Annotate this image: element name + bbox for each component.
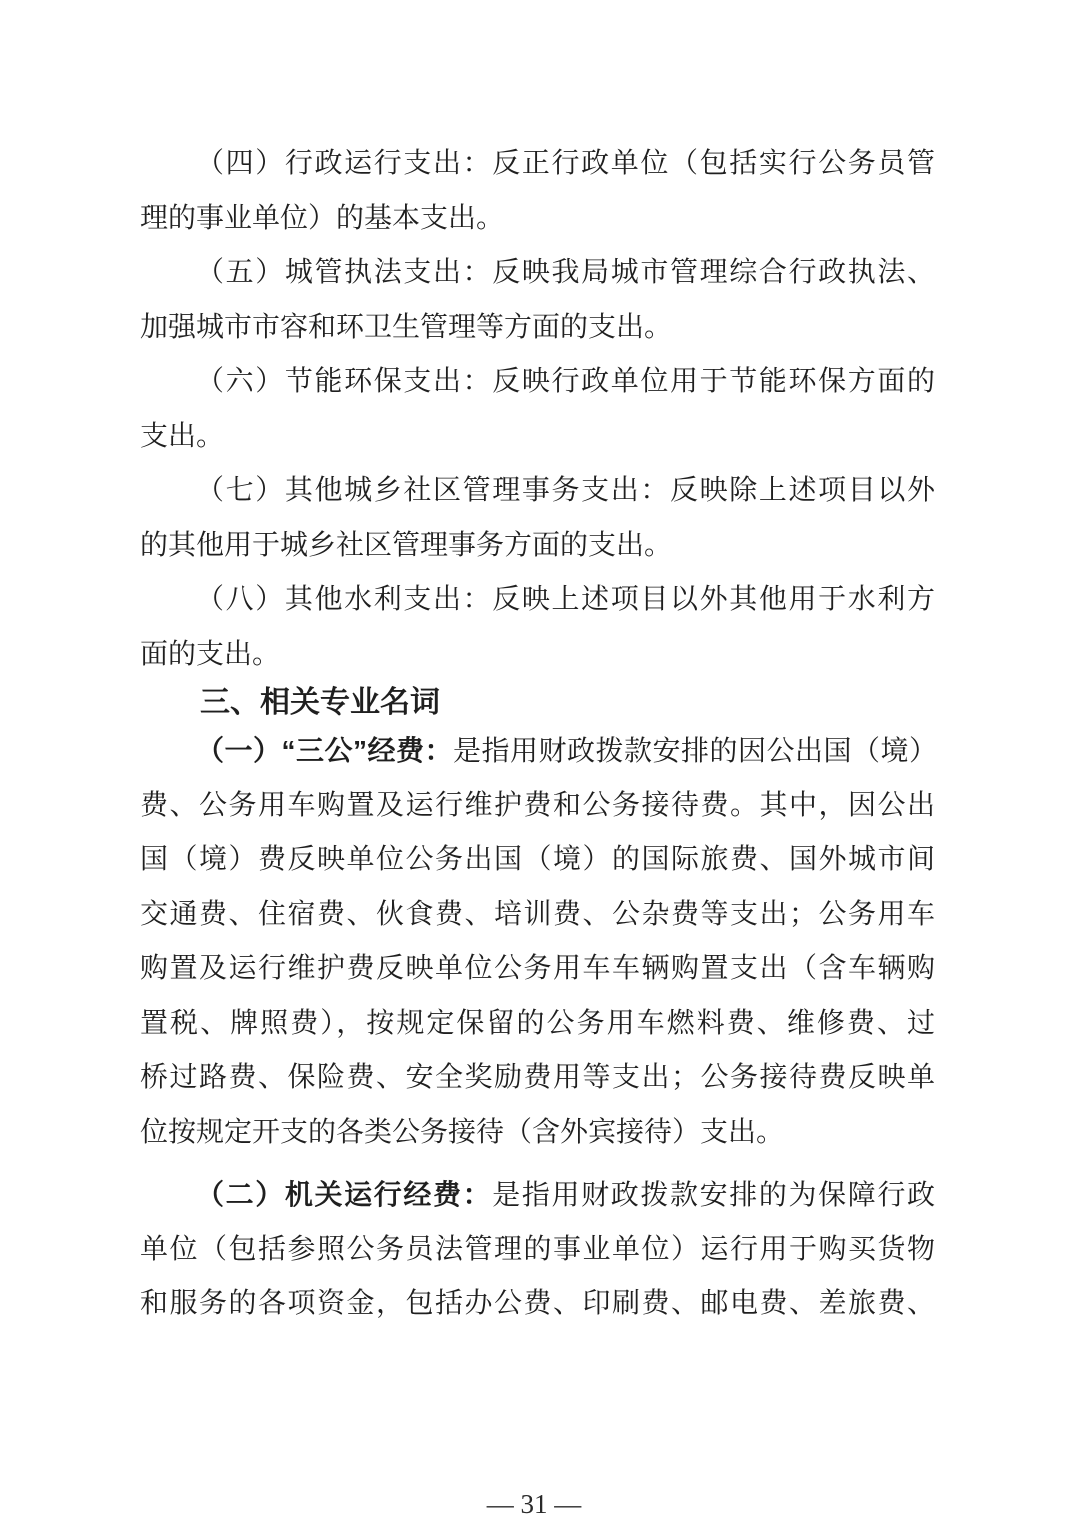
text-line: （二）机关运行经费：是指用财政拨款安排的为保障行政 xyxy=(140,1168,935,1223)
text-segment: （七）其他城乡社区管理事务支出：反映除上述项目以外 xyxy=(196,475,935,506)
text-line: 置税、牌照费），按规定保留的公务用车燃料费、维修费、过 xyxy=(140,997,935,1052)
bold-term: 三、相关专业名词 xyxy=(200,686,440,719)
text-line: 的其他用于城乡社区管理事务方面的支出。 xyxy=(140,519,935,574)
text-segment: 国（境）费反映单位公务出国（境）的国际旅费、国外城市间 xyxy=(140,844,935,875)
text-segment: 是指用财政拨款安排的为保障行政 xyxy=(492,1180,935,1211)
section-heading: 三、相关专业名词 xyxy=(140,682,935,724)
text-segment: 的其他用于城乡社区管理事务方面的支出。 xyxy=(140,530,672,561)
text-line: 交通费、住宿费、伙食费、培训费、公杂费等支出；公务用车 xyxy=(140,888,935,943)
text-segment: 和服务的各项资金，包括办公费、印刷费、邮电费、差旅费、 xyxy=(140,1288,935,1319)
text-line: 购置及运行维护费反映单位公务用车车辆购置支出（含车辆购 xyxy=(140,942,935,997)
text-segment: （四）行政运行支出：反正行政单位（包括实行公务员管 xyxy=(196,148,935,179)
document-body: （四）行政运行支出：反正行政单位（包括实行公务员管理的事业单位）的基本支出。（五… xyxy=(140,137,935,1332)
text-line: 单位（包括参照公务员法管理的事业单位）运行用于购买货物 xyxy=(140,1223,935,1278)
text-segment: 支出。 xyxy=(140,421,224,452)
text-line: （七）其他城乡社区管理事务支出：反映除上述项目以外 xyxy=(140,464,935,519)
text-line: 费、公务用车购置及运行维护费和公务接待费。其中，因公出 xyxy=(140,779,935,834)
text-segment: 置税、牌照费），按规定保留的公务用车燃料费、维修费、过 xyxy=(140,1008,935,1039)
text-line: 国（境）费反映单位公务出国（境）的国际旅费、国外城市间 xyxy=(140,833,935,888)
text-segment: （六）节能环保支出：反映行政单位用于节能环保方面的 xyxy=(196,366,935,397)
text-segment: 加强城市市容和环卫生管理等方面的支出。 xyxy=(140,312,672,343)
text-line: 位按规定开支的各类公务接待（含外宾接待）支出。 xyxy=(140,1106,935,1161)
text-segment: 位按规定开支的各类公务接待（含外宾接待）支出。 xyxy=(140,1117,784,1148)
text-segment: （五）城管执法支出：反映我局城市管理综合行政执法、 xyxy=(196,257,935,288)
page-number: — 31 — xyxy=(487,1489,582,1514)
text-line: 面的支出。 xyxy=(140,628,935,683)
text-line: （一）“三公”经费：是指用财政拨款安排的因公出国（境） xyxy=(140,724,935,779)
document-page: （四）行政运行支出：反正行政单位（包括实行公务员管理的事业单位）的基本支出。（五… xyxy=(0,0,1068,1514)
bold-term: （二）机关运行经费： xyxy=(196,1179,492,1210)
text-segment: 单位（包括参照公务员法管理的事业单位）运行用于购买货物 xyxy=(140,1234,935,1265)
text-segment: 交通费、住宿费、伙食费、培训费、公杂费等支出；公务用车 xyxy=(140,899,935,930)
text-segment: 费、公务用车购置及运行维护费和公务接待费。其中，因公出 xyxy=(140,790,935,821)
text-line: 支出。 xyxy=(140,410,935,465)
text-line: 和服务的各项资金，包括办公费、印刷费、邮电费、差旅费、 xyxy=(140,1277,935,1332)
page-footer: — 31 — xyxy=(0,1487,1068,1514)
text-segment: 桥过路费、保险费、安全奖励费用等支出；公务接待费反映单 xyxy=(140,1062,935,1093)
text-line: 理的事业单位）的基本支出。 xyxy=(140,192,935,247)
text-line: （六）节能环保支出：反映行政单位用于节能环保方面的 xyxy=(140,355,935,410)
text-segment: （八）其他水利支出：反映上述项目以外其他用于水利方 xyxy=(196,584,935,615)
text-line: （四）行政运行支出：反正行政单位（包括实行公务员管 xyxy=(140,137,935,192)
text-segment: 是指用财政拨款安排的因公出国（境） xyxy=(453,736,935,767)
text-segment: 面的支出。 xyxy=(140,639,280,670)
text-line: 桥过路费、保险费、安全奖励费用等支出；公务接待费反映单 xyxy=(140,1051,935,1106)
text-line: （五）城管执法支出：反映我局城市管理综合行政执法、 xyxy=(140,246,935,301)
text-line: 加强城市市容和环卫生管理等方面的支出。 xyxy=(140,301,935,356)
text-line: （八）其他水利支出：反映上述项目以外其他用于水利方 xyxy=(140,573,935,628)
text-segment: 购置及运行维护费反映单位公务用车车辆购置支出（含车辆购 xyxy=(140,953,935,984)
bold-term: （一）“三公”经费： xyxy=(196,735,453,766)
text-segment: 理的事业单位）的基本支出。 xyxy=(140,203,504,234)
